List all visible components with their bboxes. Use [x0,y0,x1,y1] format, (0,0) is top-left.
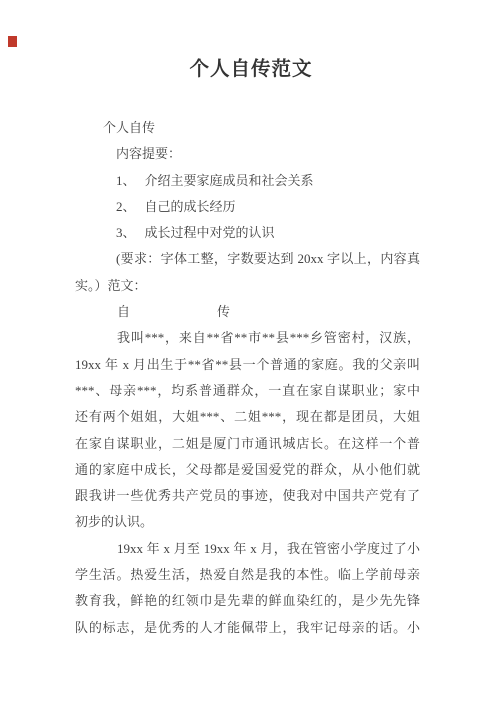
requirement-line: 实。）范文： [75,273,420,299]
subtitle-line: 自传 [75,299,420,325]
paragraph-line: 在家自谋职业，二姐是厦门市通讯城店长。在这样一个普 [75,431,420,457]
outline-item: 1、介绍主要家庭成员和社会关系 [75,168,420,194]
section-heading: 个人自传 [75,115,420,141]
outline-item: 2、自己的成长经历 [75,194,420,220]
outline-item-number: 2、 [116,199,136,214]
outline-item-number: 1、 [116,173,136,188]
paragraph-line: 跟我讲一些优秀共产党员的事迹，使我对中国共产党有了 [75,483,420,509]
requirement-line: (要求：字体工整，字数要达到 20xx 字以上，内容真 [75,246,420,272]
outline-item-text: 自己的成长经历 [145,199,236,214]
red-square-marker-icon [8,36,17,47]
paragraph-line: 教育我，鲜艳的红领巾是先辈的鲜血染红的，是少先先锋 [75,588,420,614]
subtitle-char-right: 传 [217,304,230,319]
paragraph-line: 我叫***，来自**省**市**县***乡管密村，汉族， [75,325,420,351]
paragraph-line: ***、母亲***，均系普通群众，一直在家自谋职业；家中 [75,378,420,404]
outline-item-text: 介绍主要家庭成员和社会关系 [145,173,314,188]
document-title: 个人自传范文 [82,57,420,82]
paragraph-line: 队的标志，是优秀的人才能佩带上，我牢记母亲的话。小 [75,615,420,641]
paragraph-line: 学生活。热爱生活，热爱自然是我的本性。临上学前母亲 [75,562,420,588]
document-page: 个人自传范文 个人自传 内容提要： 1、介绍主要家庭成员和社会关系 2、自己的成… [0,0,500,707]
paragraph-line: 初步的认识。 [75,509,420,535]
outline-label: 内容提要： [75,141,420,167]
subtitle-char-left: 自 [117,304,130,319]
outline-item-number: 3、 [116,225,136,240]
paragraph-line: 19xx 年 x 月出生于**省**县一个普通的家庭。我的父亲叫 [75,352,420,378]
outline-item: 3、成长过程中对党的认识 [75,220,420,246]
outline-item-text: 成长过程中对党的认识 [145,225,275,240]
paragraph-line: 还有两个姐姐，大姐***、二姐***，现在都是团员，大姐 [75,404,420,430]
paragraph-line: 通的家庭中成长，父母都是爱国爱党的群众，从小他们就 [75,457,420,483]
paragraph-line: 19xx 年 x 月至 19xx 年 x 月，我在管密小学度过了小 [75,536,420,562]
